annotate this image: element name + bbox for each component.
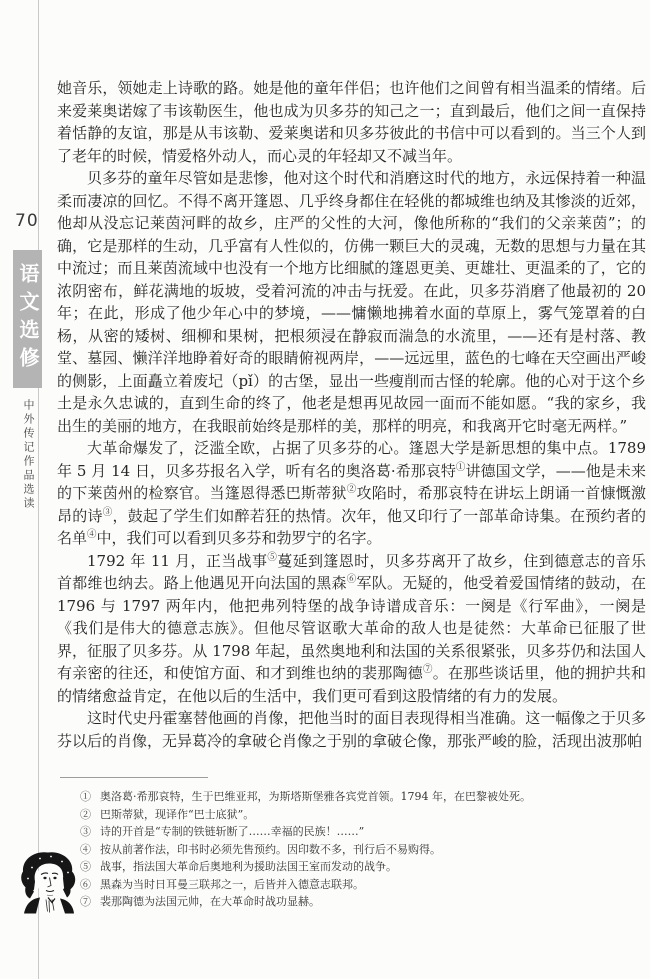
page-number: 70 <box>15 211 39 231</box>
footnote-marker: ③ <box>80 823 100 841</box>
body-text: 她音乐，领她走上诗歌的路。她是他的童年伴侣；也许他们之间曾有相当温柔的情绪。后来… <box>57 77 646 752</box>
footnote-divider <box>60 777 208 778</box>
body-paragraph: 她音乐，领她走上诗歌的路。她是他的童年伴侣；也许他们之间曾有相当温柔的情绪。后来… <box>57 77 646 167</box>
footnote-ref: ① <box>456 462 466 473</box>
footnote-text: 奥洛葛·希那哀特，生于巴维亚邦，为斯塔斯堡雅各宾党首领。1794 年，在巴黎被处… <box>100 788 638 806</box>
footnote-ref: ④ <box>87 529 97 540</box>
series-label-box: 语文选修 <box>13 250 42 388</box>
footnote-marker: ① <box>80 788 100 806</box>
footnote-marker: ② <box>80 806 100 824</box>
footnote-item: ⑥黑森为当时日耳曼三联邦之一，后皆并入德意志联邦。 <box>80 876 638 894</box>
footnote-text: 巴斯蒂狱，现译作“巴士底狱”。 <box>100 806 638 824</box>
body-paragraph: 大革命爆发了，泛滥全欧，占据了贝多芬的心。篷恩大学是新思想的集中点。1789 年… <box>57 437 646 550</box>
footnotes: ①奥洛葛·希那哀特，生于巴维亚邦，为斯塔斯堡雅各宾党首领。1794 年，在巴黎被… <box>80 788 638 911</box>
footnote-item: ①奥洛葛·希那哀特，生于巴维亚邦，为斯塔斯堡雅各宾党首领。1794 年，在巴黎被… <box>80 788 638 806</box>
beethoven-portrait-icon <box>18 851 78 914</box>
body-paragraph: 这时代史丹霍塞替他画的肖像，把他当时的面目表现得相当准确。这一幅像之于贝多芬以后… <box>57 707 646 752</box>
series-title: 语文选修 <box>13 263 42 375</box>
footnote-text: 黑森为当时日耳曼三联邦之一，后皆并入德意志联邦。 <box>100 876 638 894</box>
book-page: 70 语文选修 中外传记作品选读 <box>0 0 650 979</box>
footnote-text: 战事，指法国大革命后奥地利为援助法国王室而发动的战争。 <box>100 858 638 876</box>
footnote-ref: ⑤ <box>267 552 277 563</box>
footnote-marker: ④ <box>80 841 100 859</box>
footnote-ref: ⑥ <box>347 574 357 585</box>
beethoven-portrait <box>18 851 78 914</box>
footnote-ref: ⑦ <box>423 664 433 675</box>
footnote-item: ②巴斯蒂狱，现译作“巴士底狱”。 <box>80 806 638 824</box>
footnote-marker: ⑤ <box>80 858 100 876</box>
footnote-item: ③诗的开首是“专制的铁链斩断了……幸福的民族！……” <box>80 823 638 841</box>
body-paragraph: 贝多芬的童年尽管如是悲惨，他对这个时代和消磨这时代的地方，永远保持着一种温柔而凄… <box>57 167 646 437</box>
footnote-ref: ③ <box>103 507 113 518</box>
footnote-item: ④按从前著作法，印书时必须先售预约。因印数不多，刊行后不易购得。 <box>80 841 638 859</box>
footnote-text: 诗的开首是“专制的铁链斩断了……幸福的民族！……” <box>100 823 638 841</box>
footnote-item: ⑦裴那陶德为法国元帅，在大革命时战功显赫。 <box>80 893 638 911</box>
book-title-vertical: 中外传记作品选读 <box>20 399 36 511</box>
margin-rule <box>38 0 39 979</box>
footnote-marker: ⑦ <box>80 893 100 911</box>
body-paragraph: 1792 年 11 月，正当战事⑤蔓延到篷恩时，贝多芬离开了故乡，住到德意志的音… <box>57 550 646 708</box>
footnote-item: ⑤战事，指法国大革命后奥地利为援助法国王室而发动的战争。 <box>80 858 638 876</box>
footnote-ref: ② <box>347 484 357 495</box>
footnote-text: 裴那陶德为法国元帅，在大革命时战功显赫。 <box>100 893 638 911</box>
footnote-marker: ⑥ <box>80 876 100 894</box>
footnote-text: 按从前著作法，印书时必须先售预约。因印数不多，刊行后不易购得。 <box>100 841 638 859</box>
